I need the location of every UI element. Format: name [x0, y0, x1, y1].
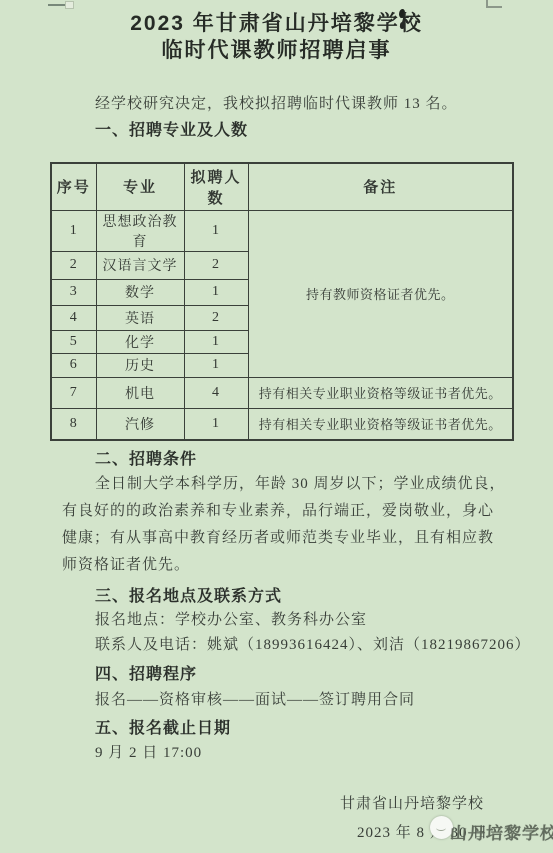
- cell-count: 1: [184, 408, 248, 440]
- cell-merged-remark: 持有教师资格证者优先。: [248, 210, 513, 377]
- table-row: 1 思想政治教育 1 持有教师资格证者优先。: [51, 210, 513, 251]
- cell-no: 1: [51, 210, 96, 251]
- cell-no: 7: [51, 377, 96, 408]
- cell-no: 5: [51, 330, 96, 353]
- section-2-heading: 二、招聘条件: [95, 446, 197, 469]
- cell-no: 6: [51, 353, 96, 377]
- cell-count: 1: [184, 353, 248, 377]
- col-header-count: 拟聘人数: [184, 163, 248, 210]
- cell-major: 汽修: [96, 408, 184, 440]
- col-header-major: 专业: [96, 163, 184, 210]
- cell-remark: 持有相关专业职业资格等级证书者优先。: [248, 408, 513, 440]
- cell-count: 1: [184, 279, 248, 305]
- application-location-line: 报名地点：学校办公室、教务科办公室: [95, 608, 367, 629]
- cell-remark: 持有相关专业职业资格等级证书者优先。: [248, 377, 513, 408]
- cell-major: 思想政治教育: [96, 210, 184, 251]
- table-row: 8 汽修 1 持有相关专业职业资格等级证书者优先。: [51, 408, 513, 440]
- cell-major: 化学: [96, 330, 184, 353]
- section-4-heading: 四、招聘程序: [95, 661, 197, 684]
- document-page: 2023 年甘肃省山丹培黎学校 临时代课教师招聘启事 经学校研究决定，我校拟招聘…: [0, 0, 553, 853]
- body-text-line: 健康；有从事高中教育经历者或师范类专业毕业，且有相应教: [62, 525, 506, 552]
- recruitment-table: 序号 专业 拟聘人数 备注 1 思想政治教育 1 持有教师资格证者优先。 2 汉…: [50, 162, 514, 441]
- doc-title-line2: 临时代课教师招聘启事: [0, 34, 553, 64]
- cell-no: 2: [51, 251, 96, 279]
- col-header-remark: 备注: [248, 163, 513, 210]
- doc-title-line1: 2023 年甘肃省山丹培黎学校: [0, 7, 553, 37]
- watermark-text: 山丹培黎学校: [449, 819, 553, 844]
- section-5-heading: 五、报名截止日期: [95, 715, 231, 738]
- deadline-line: 9 月 2 日 17:00: [95, 741, 202, 762]
- body-text-line: 师资格证者优先。: [62, 552, 506, 579]
- cell-count: 4: [184, 377, 248, 408]
- cell-count: 2: [184, 305, 248, 330]
- cell-major: 机电: [96, 377, 184, 408]
- signature-organization: 甘肃省山丹培黎学校: [340, 792, 484, 813]
- table-row: 7 机电 4 持有相关专业职业资格等级证书者优先。: [51, 377, 513, 408]
- body-text-line: 有良好的的政治素养和专业素养，品行端正，爱岗敬业，身心: [62, 498, 506, 525]
- body-text-line: 全日制大学本科学历，年龄 30 周岁以下；学业成绩优良，: [62, 471, 506, 498]
- procedure-line: 报名——资格审核——面试——签订聘用合同: [95, 688, 415, 709]
- intro-paragraph: 经学校研究决定，我校拟招聘临时代课教师 13 名。: [95, 92, 458, 113]
- col-header-no: 序号: [51, 163, 96, 210]
- cell-major: 汉语言文学: [96, 251, 184, 279]
- cell-no: 8: [51, 408, 96, 440]
- cell-no: 3: [51, 279, 96, 305]
- cell-no: 4: [51, 305, 96, 330]
- section-2-body: 全日制大学本科学历，年龄 30 周岁以下；学业成绩优良， 有良好的的政治素养和专…: [62, 471, 506, 579]
- cell-count: 1: [184, 210, 248, 251]
- cell-major: 历史: [96, 353, 184, 377]
- table-header-row: 序号 专业 拟聘人数 备注: [51, 163, 513, 210]
- contact-phone-line: 联系人及电话：姚斌（18993616424）、刘洁（18219867206）: [95, 633, 531, 654]
- section-3-heading: 三、报名地点及联系方式: [95, 583, 282, 606]
- cell-count: 2: [184, 251, 248, 279]
- cell-major: 数学: [96, 279, 184, 305]
- section-1-heading: 一、招聘专业及人数: [95, 117, 248, 140]
- cell-major: 英语: [96, 305, 184, 330]
- cell-count: 1: [184, 330, 248, 353]
